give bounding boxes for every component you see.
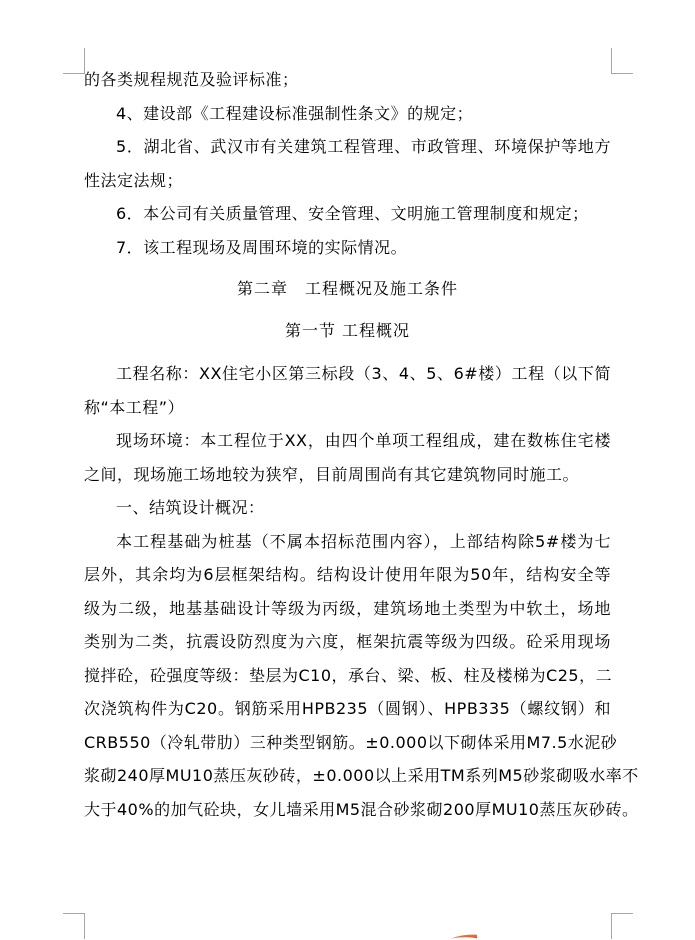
text-line: 本工程基础为桩基（不属本招标范围内容），上部结构除5#楼为七 bbox=[84, 525, 611, 559]
text-boundary-mark-bottom-left bbox=[63, 913, 85, 939]
text-line: 一、结筑设计概况： bbox=[84, 491, 611, 525]
text-line: 6．本公司有关质量管理、安全管理、文明施工管理制度和规定； bbox=[84, 197, 611, 231]
document-body[interactable]: 的各类规程规范及验评标准；4、建设部《工程建设标准强制性条文》的规定；5．湖北省… bbox=[84, 63, 611, 826]
text-line: 浆砌240厚MU10蒸压灰砂砖，±0.000以上采用TM系列M5砂浆砌吸水率不 bbox=[84, 759, 611, 793]
text-line: 搅拌砼，砼强度等级：垫层为C10，承台、梁、板、柱及楼梯为C25，二 bbox=[84, 659, 611, 693]
text-boundary-mark-bottom-right bbox=[611, 913, 633, 939]
text-line: 层外，其余均为6层框架结构。结构设计使用年限为50年，结构安全等 bbox=[84, 558, 611, 592]
text-line: 工程名称：XX住宅小区第三标段（3、4、5、6#楼）工程（以下简 bbox=[84, 357, 611, 391]
text-line: 第二章 工程概况及施工条件 bbox=[84, 272, 611, 306]
text-line: 7．该工程现场及周围环境的实际情况。 bbox=[84, 231, 611, 265]
text-line: 第一节 工程概况 bbox=[84, 314, 611, 348]
text-boundary-mark-top-left bbox=[63, 48, 85, 74]
text-boundary-mark-top-right bbox=[611, 48, 633, 74]
text-line: 类别为二类，抗震设防烈度为六度，框架抗震等级为四级。砼采用现场 bbox=[84, 625, 611, 659]
text-line: 之间，现场施工场地较为狭窄，目前周围尚有其它建筑物同时施工。 bbox=[84, 458, 611, 492]
text-line: 的各类规程规范及验评标准； bbox=[84, 63, 611, 97]
text-line: 大于40%的加气砼块，女儿墙采用M5混合砂浆砌200厚MU10蒸压灰砂砖。 bbox=[84, 793, 611, 827]
text-line: 性法定法规； bbox=[84, 164, 611, 198]
document-page: 的各类规程规范及验评标准；4、建设部《工程建设标准强制性条文》的规定；5．湖北省… bbox=[0, 0, 695, 940]
text-line: 称“本工程”） bbox=[84, 391, 611, 425]
text-line: 次浇筑构件为C20。钢筋采用HPB235（圆钢）、HPB335（螺纹钢）和 bbox=[84, 692, 611, 726]
text-line: 4、建设部《工程建设标准强制性条文》的规定； bbox=[84, 97, 611, 131]
text-line: CRB550（冷轧带肋）三种类型钢筋。±0.000以下砌体采用M7.5水泥砂 bbox=[84, 726, 611, 760]
text-line: 现场环境：本工程位于XX，由四个单项工程组成，建在数栋住宅楼 bbox=[84, 424, 611, 458]
logo-swoosh-icon bbox=[451, 932, 478, 940]
text-line: 级为二级，地基基础设计等级为丙级，建筑场地土类型为中软土，场地 bbox=[84, 592, 611, 626]
text-line: 5．湖北省、武汉市有关建筑工程管理、市政管理、环境保护等地方 bbox=[84, 130, 611, 164]
